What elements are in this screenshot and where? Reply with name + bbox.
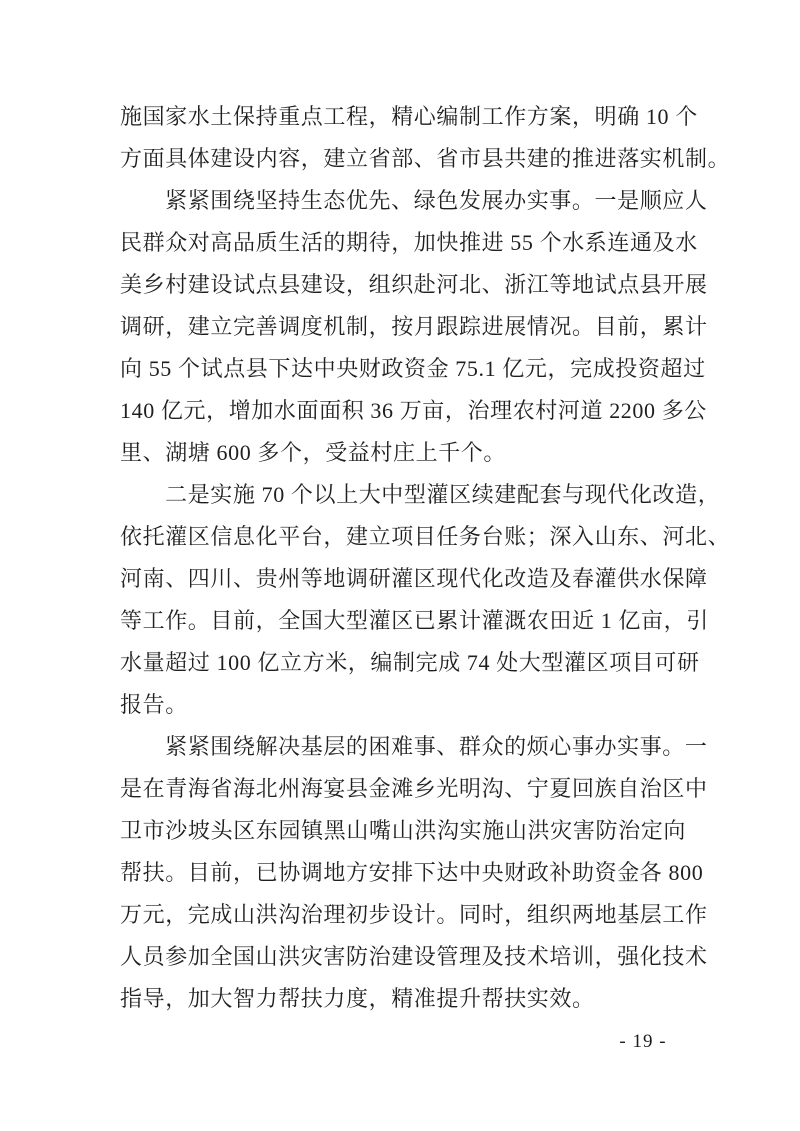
paragraph: 施国家水土保持重点工程，精心编制工作方案，明确 10 个方面具体建设内容，建立省… (120, 96, 686, 180)
text-line: 等工作。目前，全国大型灌区已累计灌溉农田近 1 亿亩，引 (120, 600, 686, 642)
text-line: 施国家水土保持重点工程，精心编制工作方案，明确 10 个 (120, 96, 686, 138)
text-line: 水量超过 100 亿立方米，编制完成 74 处大型灌区项目可研 (120, 642, 686, 684)
text-line: 调研，建立完善调度机制，按月跟踪进展情况。目前，累计 (120, 306, 686, 348)
paragraph: 二是实施 70 个以上大中型灌区续建配套与现代化改造，依托灌区信息化平台，建立项… (120, 474, 686, 726)
text-line: 是在青海省海北州海宴县金滩乡光明沟、宁夏回族自治区中 (120, 768, 686, 810)
text-line: 美乡村建设试点县建设，组织赴河北、浙江等地试点县开展 (120, 264, 686, 306)
text-line: 紧紧围绕解决基层的困难事、群众的烦心事办实事。一 (120, 726, 686, 768)
text-line: 紧紧围绕坚持生态优先、绿色发展办实事。一是顺应人 (120, 180, 686, 222)
text-line: 人员参加全国山洪灾害防治建设管理及技术培训，强化技术 (120, 936, 686, 978)
paragraph: 紧紧围绕坚持生态优先、绿色发展办实事。一是顺应人民群众对高品质生活的期待，加快推… (120, 180, 686, 474)
text-line: 二是实施 70 个以上大中型灌区续建配套与现代化改造， (120, 474, 686, 516)
text-line: 河南、四川、贵州等地调研灌区现代化改造及春灌供水保障 (120, 558, 686, 600)
document-body: 施国家水土保持重点工程，精心编制工作方案，明确 10 个方面具体建设内容，建立省… (120, 96, 686, 1020)
text-line: 卫市沙坡头区东园镇黑山嘴山洪沟实施山洪灾害防治定向 (120, 810, 686, 852)
text-line: 依托灌区信息化平台，建立项目任务台账；深入山东、河北、 (120, 516, 686, 558)
text-line: 方面具体建设内容，建立省部、省市县共建的推进落实机制。 (120, 138, 686, 180)
text-line: 140 亿元，增加水面面积 36 万亩，治理农村河道 2200 多公 (120, 390, 686, 432)
text-line: 向 55 个试点县下达中央财政资金 75.1 亿元，完成投资超过 (120, 348, 686, 390)
text-line: 万元，完成山洪沟治理初步设计。同时，组织两地基层工作 (120, 894, 686, 936)
paragraph: 紧紧围绕解决基层的困难事、群众的烦心事办实事。一是在青海省海北州海宴县金滩乡光明… (120, 726, 686, 1020)
text-line: 报告。 (120, 684, 686, 726)
text-line: 里、湖塘 600 多个，受益村庄上千个。 (120, 432, 686, 474)
text-line: 民群众对高品质生活的期待，加快推进 55 个水系连通及水 (120, 222, 686, 264)
document-page: 施国家水土保持重点工程，精心编制工作方案，明确 10 个方面具体建设内容，建立省… (0, 0, 800, 1131)
page-number: - 19 - (598, 1030, 688, 1054)
text-line: 指导，加大智力帮扶力度，精准提升帮扶实效。 (120, 978, 686, 1020)
text-line: 帮扶。目前，已协调地方安排下达中央财政补助资金各 800 (120, 852, 686, 894)
